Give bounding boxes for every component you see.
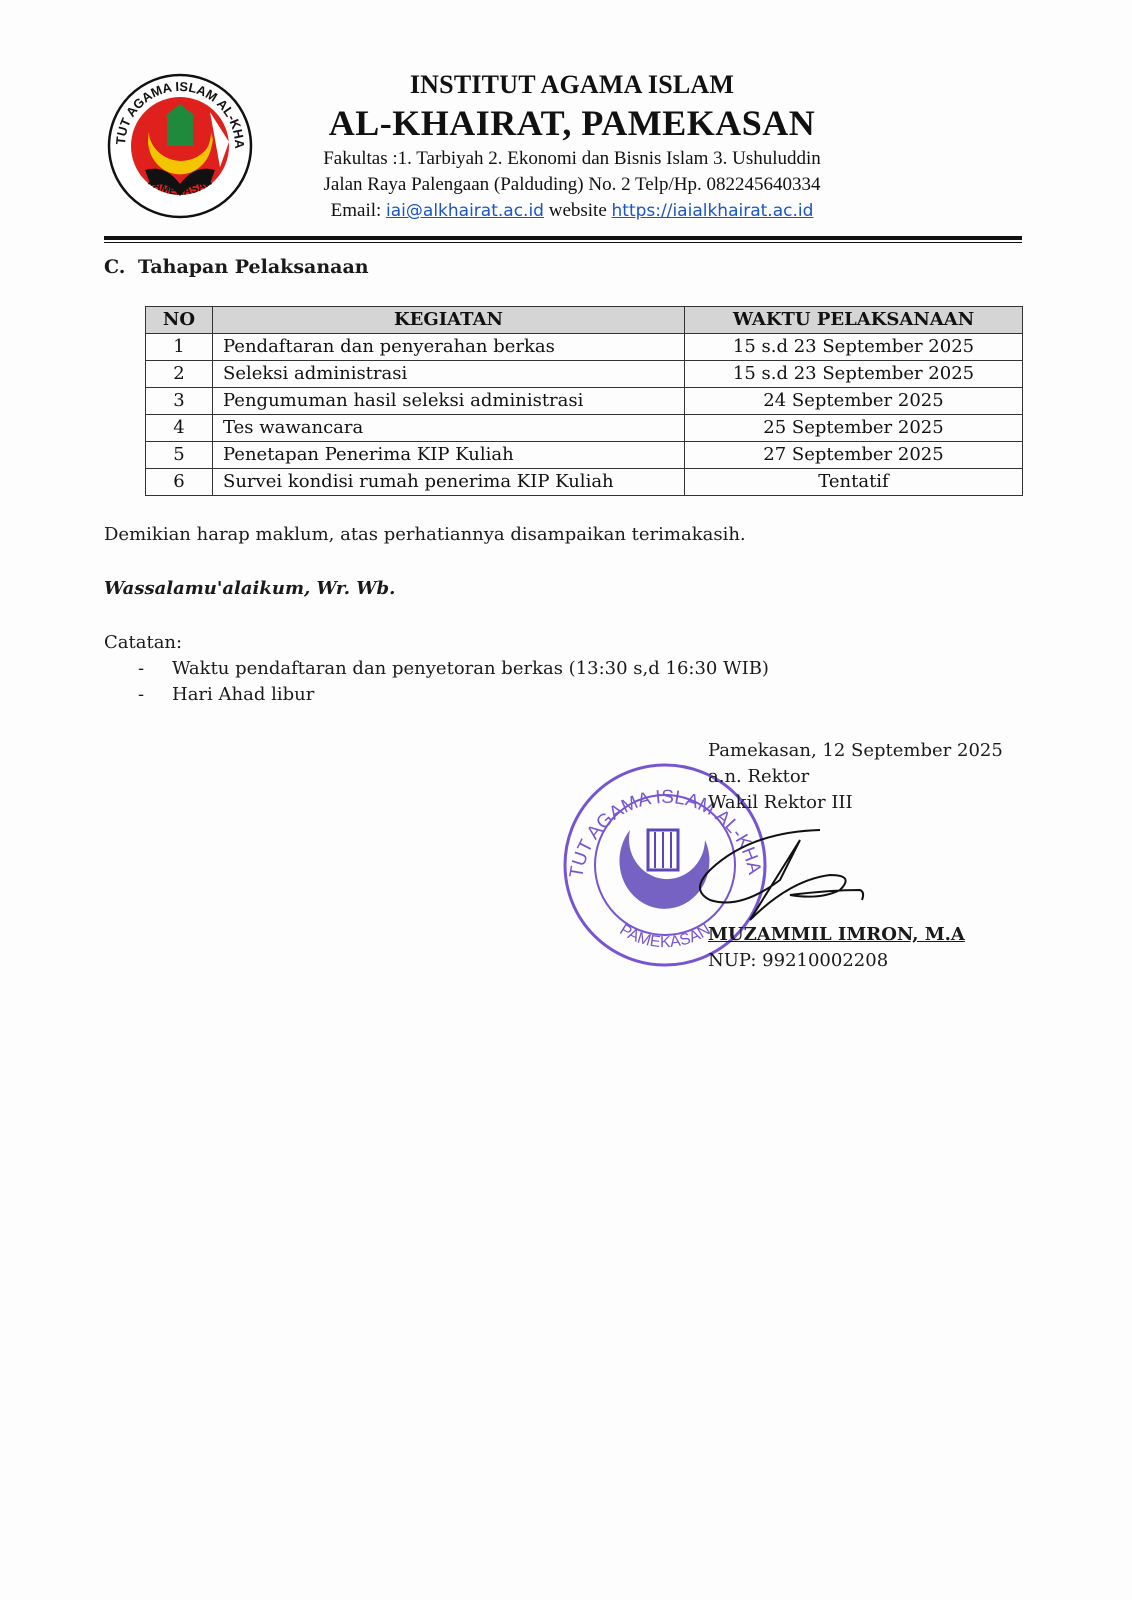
row-activity: Seleksi administrasi xyxy=(213,361,685,388)
row-no: 3 xyxy=(146,388,213,415)
header-activity: KEGIATAN xyxy=(213,307,685,334)
bullet-dash: - xyxy=(138,684,172,705)
row-time: 15 s.d 23 September 2025 xyxy=(685,334,1023,361)
row-activity: Pendaftaran dan penyerahan berkas xyxy=(213,334,685,361)
header-no: NO xyxy=(146,307,213,334)
row-no: 1 xyxy=(146,334,213,361)
row-activity: Tes wawancara xyxy=(213,415,685,442)
faculties-line: Fakultas :1. Tarbiyah 2. Ekonomi dan Bis… xyxy=(262,148,882,170)
note-text: Waktu pendaftaran dan penyetoran berkas … xyxy=(172,658,769,679)
signature-role-title: Wakil Rektor III xyxy=(708,792,853,813)
note-item: -Waktu pendaftaran dan penyetoran berkas… xyxy=(138,658,769,679)
table-row: 6Survei kondisi rumah penerima KIP Kulia… xyxy=(146,469,1023,496)
table-row: 2Seleksi administrasi15 s.d 23 September… xyxy=(146,361,1023,388)
address-line: Jalan Raya Palengaan (Palduding) No. 2 T… xyxy=(262,174,882,196)
email-label: Email: xyxy=(331,200,382,221)
row-activity: Survei kondisi rumah penerima KIP Kuliah xyxy=(213,469,685,496)
note-item: -Hari Ahad libur xyxy=(138,684,314,705)
table-row: 1Pendaftaran dan penyerahan berkas15 s.d… xyxy=(146,334,1023,361)
letterhead-divider-thin xyxy=(104,242,1022,243)
section-title: Tahapan Pelaksanaan xyxy=(138,256,369,278)
closing-sentence: Demikian harap maklum, atas perhatiannya… xyxy=(104,524,746,545)
row-no: 5 xyxy=(146,442,213,469)
schedule-table: NO KEGIATAN WAKTU PELAKSANAAN 1Pendaftar… xyxy=(145,306,1023,496)
bullet-dash: - xyxy=(138,658,172,679)
section-letter: C. xyxy=(104,256,138,278)
row-no: 2 xyxy=(146,361,213,388)
section-heading: C.Tahapan Pelaksanaan xyxy=(104,256,369,278)
row-activity: Penetapan Penerima KIP Kuliah xyxy=(213,442,685,469)
signatory-id: NUP: 99210002208 xyxy=(708,950,888,971)
row-activity: Pengumuman hasil seleksi administrasi xyxy=(213,388,685,415)
row-time: 15 s.d 23 September 2025 xyxy=(685,361,1023,388)
table-row: 4Tes wawancara25 September 2025 xyxy=(146,415,1023,442)
table-row: 5Penetapan Penerima KIP Kuliah27 Septemb… xyxy=(146,442,1023,469)
contact-line: Email: iai@alkhairat.ac.id website https… xyxy=(262,200,882,222)
letterhead-divider-thick xyxy=(104,236,1022,240)
row-time: 25 September 2025 xyxy=(685,415,1023,442)
institution-name-line2: AL-KHAIRAT, PAMEKASAN xyxy=(262,102,882,144)
notes-title: Catatan: xyxy=(104,632,182,653)
institution-logo: INSTITUT AGAMA ISLAM AL-KHAIRAT PAMEKASA… xyxy=(105,72,255,220)
row-time: Tentatif xyxy=(685,469,1023,496)
email-link[interactable]: iai@alkhairat.ac.id xyxy=(386,201,544,221)
row-time: 27 September 2025 xyxy=(685,442,1023,469)
row-no: 4 xyxy=(146,415,213,442)
website-label: website xyxy=(549,200,607,221)
row-time: 24 September 2025 xyxy=(685,388,1023,415)
signatory-name: MUZAMMIL IMRON, M.A xyxy=(708,924,965,945)
header-time: WAKTU PELAKSANAAN xyxy=(685,307,1023,334)
signature-role-on-behalf: a.n. Rektor xyxy=(708,766,809,787)
institution-name-line1: INSTITUT AGAMA ISLAM xyxy=(262,70,882,100)
closing-salutation: Wassalamu'alaikum, Wr. Wb. xyxy=(104,578,395,599)
row-no: 6 xyxy=(146,469,213,496)
website-link[interactable]: https://iaialkhairat.ac.id xyxy=(612,201,814,221)
signature-place-date: Pamekasan, 12 September 2025 xyxy=(708,740,1003,761)
table-row: 3Pengumuman hasil seleksi administrasi24… xyxy=(146,388,1023,415)
table-header-row: NO KEGIATAN WAKTU PELAKSANAAN xyxy=(146,307,1023,334)
note-text: Hari Ahad libur xyxy=(172,684,314,705)
handwritten-signature xyxy=(690,820,890,930)
